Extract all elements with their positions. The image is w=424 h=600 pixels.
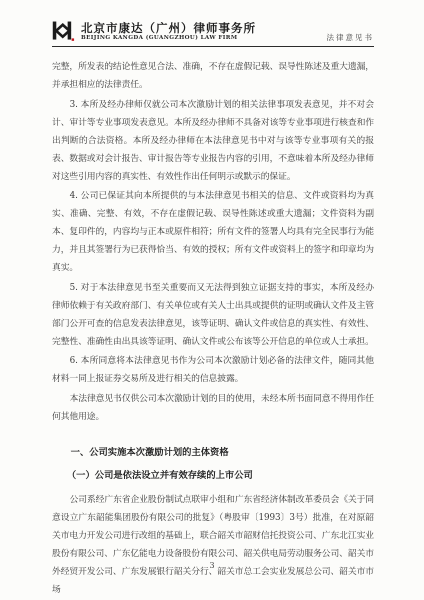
header-divider xyxy=(52,46,374,47)
doc-type-label: 法律意见书 xyxy=(327,32,375,44)
document-page: 北京市康达（广州）律师事务所 BEIJING KANGDA (GUANGZHOU… xyxy=(0,0,424,600)
paragraph-clause-5: 5. 对于本法律意见书至关重要而又无法得到独立证据支持的事实，本所及经办律师依赖… xyxy=(52,279,374,351)
firm-identity: 北京市康达（广州）律师事务所 BEIJING KANGDA (GUANGZHOU… xyxy=(52,19,256,44)
paragraph-usage-restriction: 本法律意见书仅供公司本次激励计划的目的使用，未经本所书面同意不得用作任何其他用途… xyxy=(52,390,374,426)
firm-name-english: BEIJING KANGDA (GUANGZHOU) LAW FIRM xyxy=(81,35,256,41)
paragraph-continuation: 完整，所发表的结论性意见合法、准确，不存在虚假记载、误导性陈述及重大遗漏，并承担… xyxy=(52,58,374,94)
kd-monogram-icon xyxy=(52,19,75,44)
page-footer: 3 xyxy=(0,553,424,572)
firm-name-block: 北京市康达（广州）律师事务所 BEIJING KANGDA (GUANGZHOU… xyxy=(81,22,256,42)
paragraph-clause-6: 6. 本所同意将本法律意见书作为公司本次激励计划必备的法律文件，随同其他材料一同… xyxy=(52,352,374,388)
page-number: 3 xyxy=(209,561,214,570)
firm-name-chinese: 北京市康达（广州）律师事务所 xyxy=(81,22,256,35)
section-heading: 一、公司实施本次激励计划的主体资格 xyxy=(52,444,374,462)
subsection-heading: （一）公司是依法设立并有效存续的上市公司 xyxy=(52,467,374,485)
document-body: 完整，所发表的结论性意见合法、准确，不存在虚假记载、误导性陈述及重大遗漏，并承担… xyxy=(52,58,374,599)
paragraph-company-establishment: 公司系经广东省企业股份制试点联审小组和广东省经济体制改革委员会《关于同意设立广东… xyxy=(52,491,374,599)
paragraph-clause-3: 3. 本所及经办律师仅就公司本次激励计划的相关法律事项发表意见，并不对会计、审计… xyxy=(52,96,374,186)
paragraph-clause-4: 4. 公司已保证其向本所提供的与本法律意见书相关的信息、文件或资料均为真实、准确… xyxy=(52,187,374,277)
document-header: 北京市康达（广州）律师事务所 BEIJING KANGDA (GUANGZHOU… xyxy=(52,19,374,44)
